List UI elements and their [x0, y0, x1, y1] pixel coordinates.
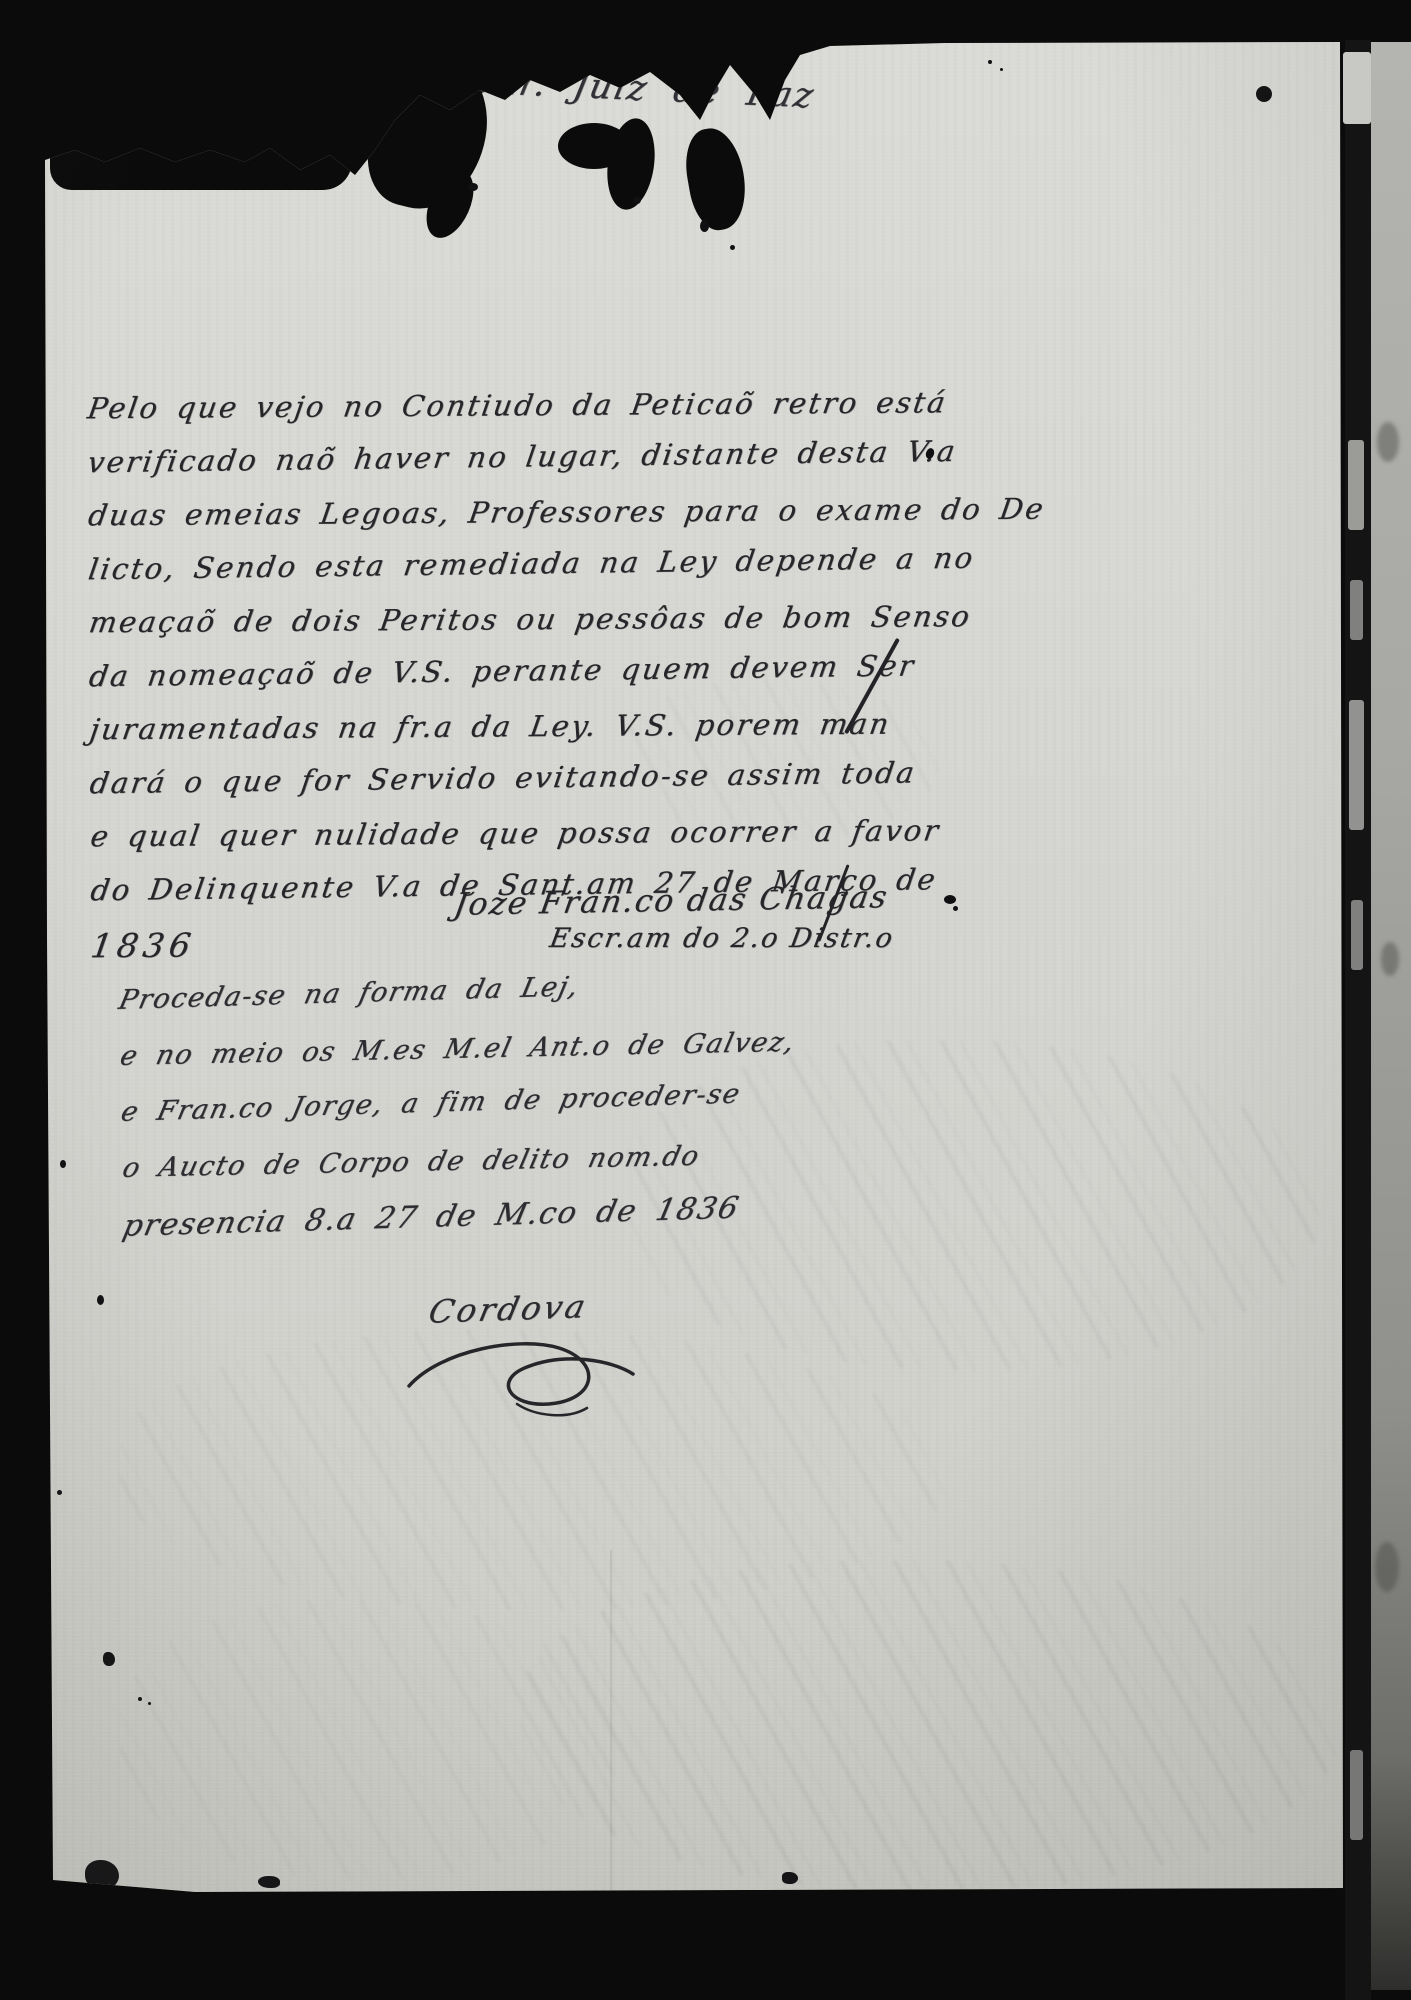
binding-tape: [1348, 440, 1364, 530]
bleedthrough-strokes: [520, 1560, 1340, 1890]
ink-spot: [103, 1652, 115, 1666]
binding-tape: [1350, 580, 1363, 640]
page-stain: [1381, 942, 1399, 976]
torn-edge: [356, 47, 501, 222]
torn-edge: [558, 123, 630, 169]
page-stain: [1377, 422, 1399, 462]
signature-name: Joze Fran.co das Chagas: [451, 879, 897, 923]
ink-spot: [1256, 86, 1272, 102]
despacho-note: Proceda-se na forma da Lej, e no meio os…: [109, 971, 789, 1265]
ink-spot: [85, 1860, 119, 1890]
binding-tape: [1343, 52, 1371, 124]
binding-gutter: [1345, 40, 1371, 2000]
binding-tape: [1349, 700, 1364, 830]
manuscript-page: Illmo. Snr. Juiz de Paz Pelo que vejo no…: [45, 38, 1345, 1894]
ink-spot: [138, 1697, 142, 1701]
ink-spot: [782, 1872, 798, 1884]
ink-spot: [148, 1702, 151, 1705]
ink-spot: [468, 183, 478, 191]
page-stain: [1375, 1542, 1399, 1592]
ink-spot: [700, 220, 709, 232]
ink-spot: [730, 245, 735, 250]
ink-spot: [97, 1295, 104, 1305]
header-salutation: Illmo. Snr. Juiz de Paz: [326, 56, 818, 117]
signature-rubric-flourish: [397, 1320, 647, 1440]
torn-edge: [680, 124, 753, 234]
ink-spot: [944, 895, 956, 904]
ink-spot: [258, 1876, 280, 1888]
ink-spot: [60, 1160, 66, 1168]
bleedthrough-strokes: [120, 1600, 620, 1880]
ink-spot: [953, 906, 958, 911]
ink-spot: [1000, 68, 1003, 71]
torn-edge: [50, 138, 352, 190]
ink-spot: [988, 60, 992, 64]
ink-spot: [633, 196, 641, 204]
scanned-manuscript-canvas: Illmo. Snr. Juiz de Paz Pelo que vejo no…: [0, 0, 1411, 2000]
signature-title: Escr.am do 2.o Distr.o: [547, 923, 896, 954]
binding-tape: [1351, 900, 1363, 970]
ink-spot: [57, 1490, 62, 1495]
binding-tape: [1350, 1750, 1363, 1840]
fold-crease: [610, 1550, 612, 1890]
adjacent-page-edge: [1371, 42, 1411, 1990]
